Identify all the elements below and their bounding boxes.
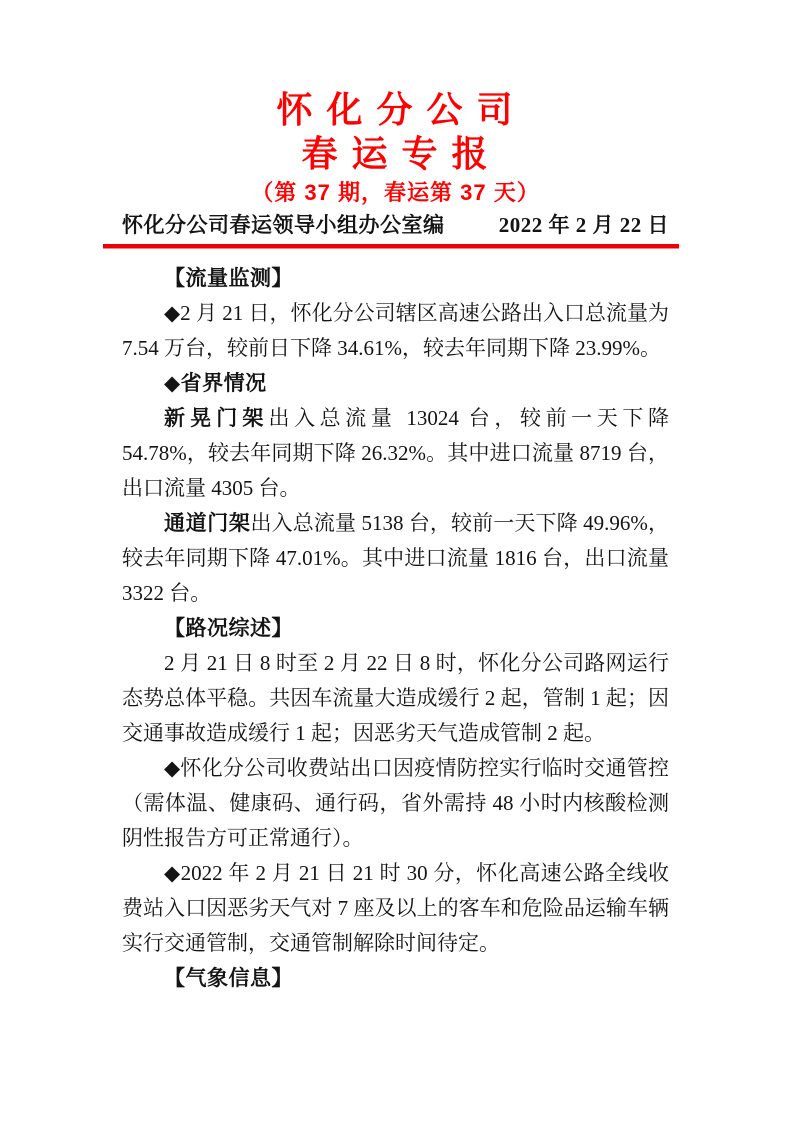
issue-info: （第 37 期，春运第 37 天） — [122, 178, 669, 208]
document-body: 【流量监测】 ◆2 月 21 日，怀化分公司辖区高速公路出入口总流量为 7.54… — [122, 261, 669, 996]
paragraph-text: 2 月 21 日 8 时至 2 月 22 日 8 时，怀化分公司路网运行态势总体… — [122, 651, 669, 745]
editor-row: 怀化分公司春运领导小组办公室编 2022 年 2 月 22 日 — [122, 210, 669, 244]
paragraph-epidemic-control: ◆怀化分公司收费站出口因疫情防控实行临时交通管控（需体温、健康码、通行码，省外需… — [122, 751, 669, 856]
paragraph-text: ◆2022 年 2 月 21 日 21 时 30 分，怀化高速公路全线收费站入口… — [122, 861, 669, 955]
section-heading-traffic-monitoring: 【流量监测】 — [122, 261, 669, 296]
paragraph-lead: 新晃门架 — [164, 407, 268, 430]
subheading-province-border: ◆省界情况 — [122, 366, 669, 401]
section-heading-road-conditions: 【路况综述】 — [122, 611, 669, 646]
paragraph-xinhuang-gantry: 新晃门架出入总流量 13024 台，较前一天下降 54.78%，较去年同期下降 … — [122, 401, 669, 506]
red-divider-rule — [103, 244, 679, 249]
paragraph-total-flow: ◆2 月 21 日，怀化分公司辖区高速公路出入口总流量为 7.54 万台，较前日… — [122, 296, 669, 366]
paragraph-network-status: 2 月 21 日 8 时至 2 月 22 日 8 时，怀化分公司路网运行态势总体… — [122, 646, 669, 751]
report-date: 2022 年 2 月 22 日 — [499, 210, 669, 240]
paragraph-tongdao-gantry: 通道门架出入总流量 5138 台，较前一天下降 49.96%，较去年同期下降 4… — [122, 506, 669, 611]
paragraph-text: ◆怀化分公司收费站出口因疫情防控实行临时交通管控（需体温、健康码、通行码，省外需… — [122, 756, 669, 850]
paragraph-text: ◆2 月 21 日，怀化分公司辖区高速公路出入口总流量为 7.54 万台，较前日… — [122, 301, 669, 360]
report-title: 春 运 专 报 — [122, 132, 669, 176]
document-page: 怀 化 分 公 司 春 运 专 报 （第 37 期，春运第 37 天） 怀化分公… — [0, 0, 793, 1122]
paragraph-lead: ◆省界情况 — [164, 372, 267, 395]
document-header: 怀 化 分 公 司 春 运 专 报 （第 37 期，春运第 37 天） 怀化分公… — [122, 88, 669, 249]
org-title: 怀 化 分 公 司 — [122, 88, 669, 132]
section-heading-weather-info: 【气象信息】 — [122, 961, 669, 996]
editor-label: 怀化分公司春运领导小组办公室编 — [122, 210, 445, 240]
paragraph-weather-traffic-control: ◆2022 年 2 月 21 日 21 时 30 分，怀化高速公路全线收费站入口… — [122, 856, 669, 961]
paragraph-lead: 通道门架 — [164, 512, 250, 535]
